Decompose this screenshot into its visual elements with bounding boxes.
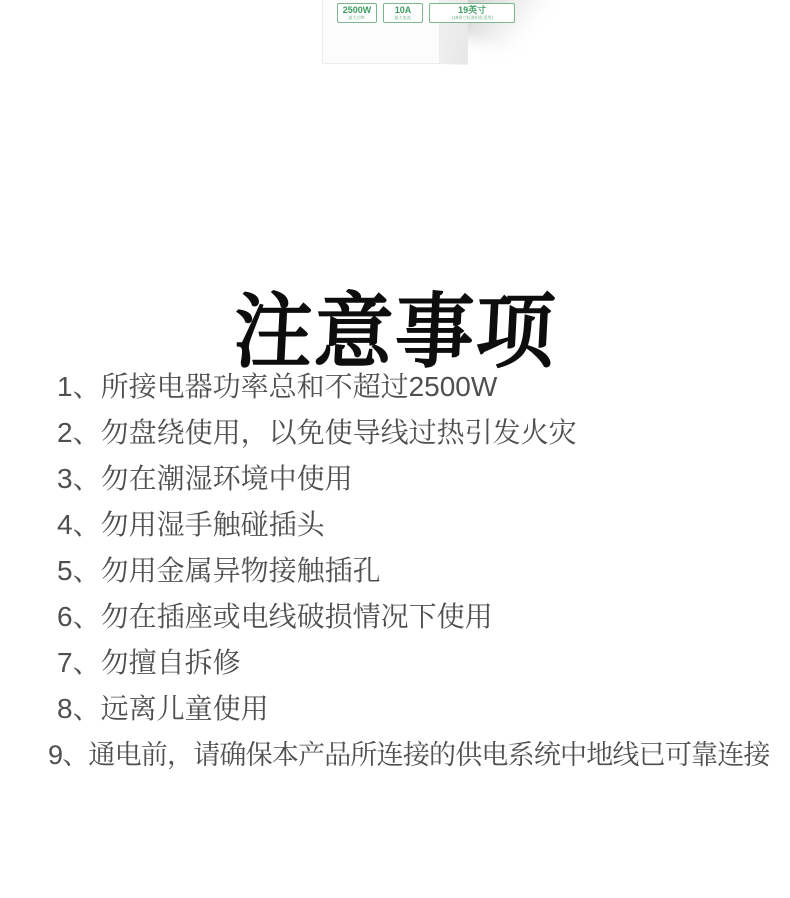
spec-badge-size: 19英寸 (19英寸标准机柜适用): [429, 3, 515, 23]
notice-item-9: 9、通电前，请确保本产品所连接的供电系统中地线已可靠连接: [48, 732, 777, 778]
notice-item-3: 3、勿在潮湿环境中使用: [57, 456, 777, 502]
notice-list: 1、所接电器功率总和不超过2500W 2、勿盘绕使用，以免使导线过热引发火灾 3…: [57, 364, 777, 778]
spec-badge-power: 2500W 最大功率: [337, 3, 377, 23]
badge-power-value: 2500W: [341, 6, 373, 15]
notice-item-5: 5、勿用金属异物接触插孔: [57, 548, 777, 594]
notice-item-4: 4、勿用湿手触碰插头: [57, 502, 777, 548]
notice-item-8: 8、远离儿童使用: [57, 686, 777, 732]
product-box-front-face: 2500W 最大功率 10A 最大电流 19英寸 (19英寸标准机柜适用): [322, 0, 440, 64]
notice-item-2: 2、勿盘绕使用，以免使导线过热引发火灾: [57, 410, 777, 456]
badge-power-label: 最大功率: [344, 16, 371, 19]
spec-badge-current: 10A 最大电流: [383, 3, 423, 23]
notice-item-6: 6、勿在插座或电线破损情况下使用: [57, 594, 777, 640]
badge-current-label: 最大电流: [390, 16, 417, 19]
spec-badge-row: 2500W 最大功率 10A 最大电流 19英寸 (19英寸标准机柜适用): [337, 3, 515, 23]
badge-current-value: 10A: [387, 6, 419, 15]
badge-size-value: 19英寸: [433, 6, 511, 15]
badge-size-label: (19英寸标准机柜适用): [440, 16, 505, 19]
notice-item-7: 7、勿擅自拆修: [57, 640, 777, 686]
product-photo-section: 2500W 最大功率 10A 最大电流 19英寸 (19英寸标准机柜适用): [0, 0, 790, 150]
notice-item-1: 1、所接电器功率总和不超过2500W: [57, 364, 777, 410]
